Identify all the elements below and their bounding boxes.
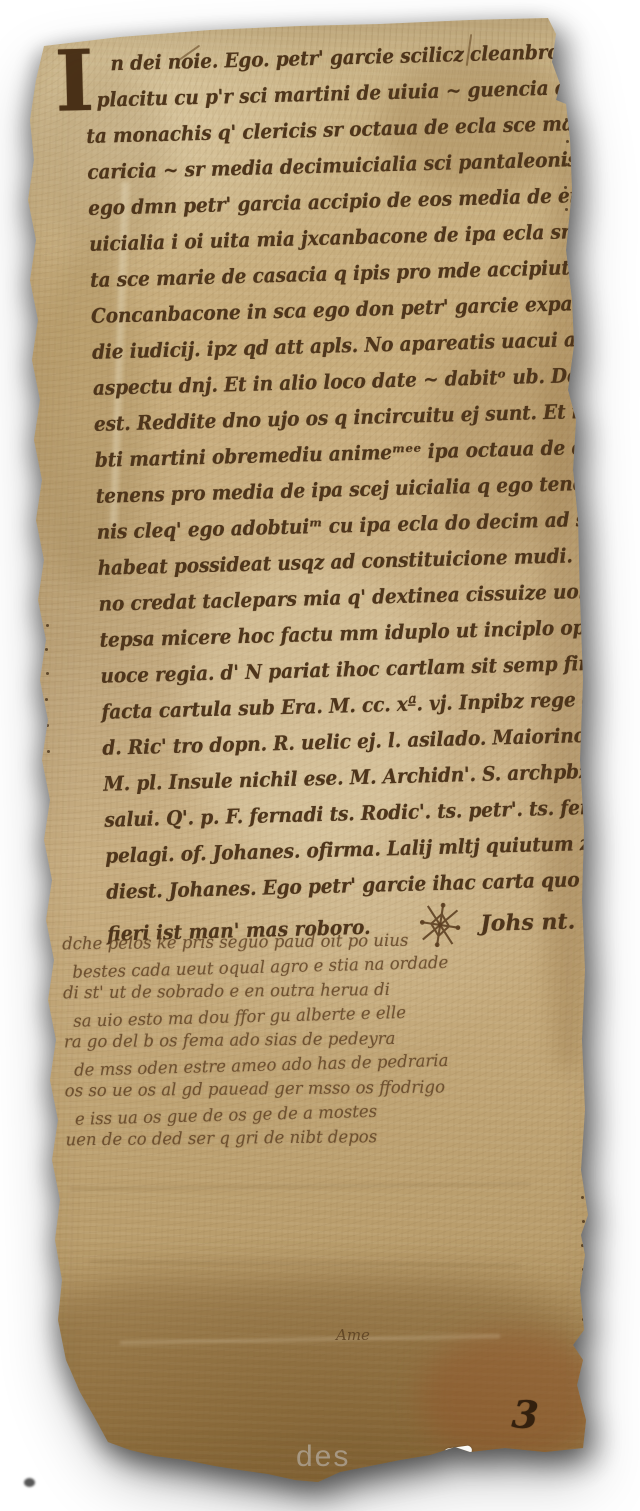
stitch-hole [47, 750, 50, 753]
parchment-shadow-wrap: I n dei noie. Ego. petr' garcie scilicz … [0, 0, 640, 1511]
stitch-hole [582, 1220, 585, 1223]
manuscript-photo: I n dei noie. Ego. petr' garcie scilicz … [0, 0, 640, 1511]
stitch-hole [46, 624, 49, 627]
addendum-line: uen de co ded ser q gri de nibt depos [65, 1124, 521, 1153]
folio-number: 3 [510, 1391, 540, 1438]
ghost-watermark-text: des [296, 1440, 350, 1474]
stitch-hole [45, 648, 48, 651]
crease-line [70, 1183, 530, 1191]
stitch-hole [46, 672, 49, 675]
stitch-hole [581, 1244, 584, 1247]
parchment-sheet: I n dei noie. Ego. petr' garcie scilicz … [0, 0, 640, 1511]
crease-line [120, 1335, 500, 1345]
sticker-label [444, 1445, 473, 1458]
stitch-hole [582, 1268, 585, 1271]
addendum-text-block: dche pelos ke pris seguo paud oit po uiu… [62, 926, 522, 1154]
stitch-hole [582, 1318, 585, 1321]
ame-mark: Ame [336, 1326, 370, 1344]
charter-text-block: I n dei noie. Ego. petr' garcie scilicz … [84, 33, 588, 957]
signature-rule [587, 912, 588, 922]
crease-line [90, 1260, 520, 1267]
stitch-hole [45, 698, 48, 701]
stitch-hole [581, 1196, 584, 1199]
stitch-hole [46, 724, 49, 727]
stitch-hole [581, 1294, 584, 1297]
